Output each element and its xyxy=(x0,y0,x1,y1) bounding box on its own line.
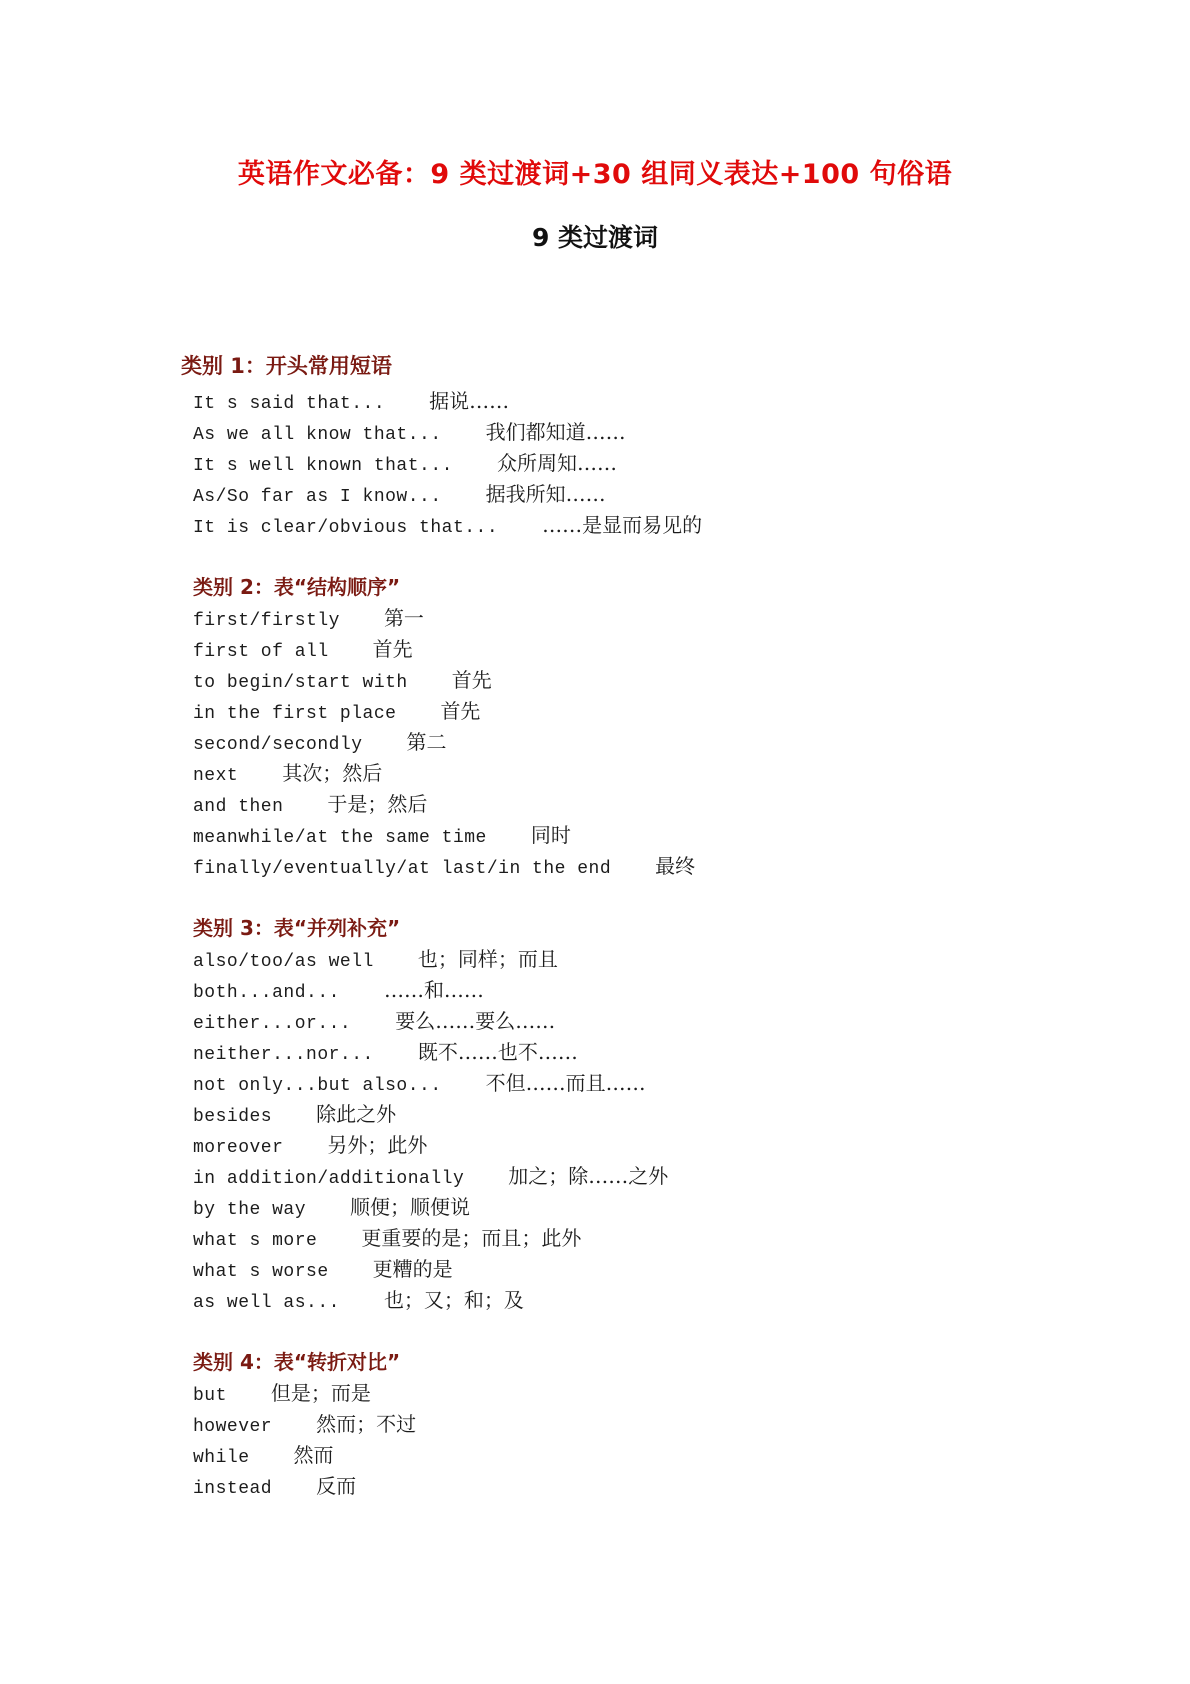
category-2-section: 类别 2：表“结构顺序” first/firstly第一 first of al… xyxy=(193,572,1093,882)
phrase-row: by the way顺便；顺便说 xyxy=(193,1192,1093,1223)
phrase-row: moreover另外；此外 xyxy=(193,1130,1093,1161)
category-heading: 类别 1：开头常用短语 xyxy=(181,346,1093,386)
english-phrase: first of all xyxy=(193,642,329,662)
chinese-meaning: ……是显而易见的 xyxy=(542,513,702,537)
english-phrase: meanwhile/at the same time xyxy=(193,828,487,848)
chinese-meaning: 既不……也不…… xyxy=(418,1040,578,1064)
category-heading: 类别 3：表“并列补充” xyxy=(193,913,1093,944)
category-heading: 类别 4：表“转折对比” xyxy=(193,1347,1093,1378)
chinese-meaning: 其次；然后 xyxy=(282,761,382,785)
chinese-meaning: 不但……而且…… xyxy=(486,1071,646,1095)
chinese-meaning: 更重要的是；而且；此外 xyxy=(361,1226,581,1250)
category-heading: 类别 2：表“结构顺序” xyxy=(193,572,1093,603)
chinese-meaning: 顺便；顺便说 xyxy=(350,1195,470,1219)
chinese-meaning: 于是；然后 xyxy=(327,792,427,816)
spacer xyxy=(193,1316,1093,1347)
chinese-meaning: 反而 xyxy=(316,1474,356,1498)
chinese-meaning: 首先 xyxy=(373,637,413,661)
english-phrase: what s worse xyxy=(193,1262,329,1282)
chinese-meaning: 第二 xyxy=(407,730,447,754)
chinese-meaning: 也；同样；而且 xyxy=(418,947,558,971)
chinese-meaning: 同时 xyxy=(531,823,571,847)
english-phrase: second/secondly xyxy=(193,735,363,755)
english-phrase: It s said that... xyxy=(193,394,385,414)
phrase-row: in the first place首先 xyxy=(193,696,1093,727)
chinese-meaning: 除此之外 xyxy=(316,1102,396,1126)
category-1-section: 类别 1：开头常用短语 It s said that...据说…… As we … xyxy=(193,346,1093,541)
english-phrase: It is clear/obvious that... xyxy=(193,518,498,538)
phrase-row: and then于是；然后 xyxy=(193,789,1093,820)
chinese-meaning: 另外；此外 xyxy=(327,1133,427,1157)
section-subtitle: 9 类过渡词 xyxy=(0,218,1190,254)
english-phrase: moreover xyxy=(193,1138,283,1158)
english-phrase: instead xyxy=(193,1479,272,1499)
phrase-row: It is clear/obvious that...……是显而易见的 xyxy=(193,510,1093,541)
english-phrase: It s well known that... xyxy=(193,456,453,476)
english-phrase: and then xyxy=(193,797,283,817)
phrase-row: however然而；不过 xyxy=(193,1409,1093,1440)
english-phrase: besides xyxy=(193,1107,272,1127)
phrase-row: As/So far as I know...据我所知…… xyxy=(193,479,1093,510)
chinese-meaning: 我们都知道…… xyxy=(486,420,626,444)
english-phrase: what s more xyxy=(193,1231,317,1251)
phrase-row: instead反而 xyxy=(193,1471,1093,1502)
english-phrase: first/firstly xyxy=(193,611,340,631)
phrase-row: as well as...也；又；和；及 xyxy=(193,1285,1093,1316)
chinese-meaning: 但是；而是 xyxy=(271,1381,371,1405)
phrase-row: It s said that...据说…… xyxy=(193,386,1093,417)
chinese-meaning: 然而 xyxy=(294,1443,334,1467)
document-body: 类别 1：开头常用短语 It s said that...据说…… As we … xyxy=(193,346,1093,1502)
english-phrase: either...or... xyxy=(193,1014,351,1034)
phrase-row: while然而 xyxy=(193,1440,1093,1471)
chinese-meaning: 要么……要么…… xyxy=(395,1009,555,1033)
english-phrase: while xyxy=(193,1448,250,1468)
spacer xyxy=(193,541,1093,572)
english-phrase: however xyxy=(193,1417,272,1437)
english-phrase: As we all know that... xyxy=(193,425,442,445)
document-title: 英语作文必备：9 类过渡词+30 组同义表达+100 句俗语 xyxy=(0,152,1190,191)
chinese-meaning: 首先 xyxy=(452,668,492,692)
chinese-meaning: 据我所知…… xyxy=(486,482,606,506)
english-phrase: finally/eventually/at last/in the end xyxy=(193,859,611,879)
phrase-row: what s worse更糟的是 xyxy=(193,1254,1093,1285)
chinese-meaning: 据说…… xyxy=(429,389,509,413)
english-phrase: also/too/as well xyxy=(193,952,374,972)
chinese-meaning: 也；又；和；及 xyxy=(384,1288,524,1312)
chinese-meaning: ……和…… xyxy=(384,978,484,1002)
phrase-row: not only...but also...不但……而且…… xyxy=(193,1068,1093,1099)
english-phrase: next xyxy=(193,766,238,786)
chinese-meaning: 最终 xyxy=(655,854,695,878)
phrase-row: first of all首先 xyxy=(193,634,1093,665)
chinese-meaning: 众所周知…… xyxy=(497,451,617,475)
phrase-row: what s more更重要的是；而且；此外 xyxy=(193,1223,1093,1254)
phrase-row: either...or...要么……要么…… xyxy=(193,1006,1093,1037)
chinese-meaning: 第一 xyxy=(384,606,424,630)
english-phrase: to begin/start with xyxy=(193,673,408,693)
english-phrase: in the first place xyxy=(193,704,396,724)
english-phrase: neither...nor... xyxy=(193,1045,374,1065)
chinese-meaning: 更糟的是 xyxy=(373,1257,453,1281)
phrase-row: in addition/additionally加之；除……之外 xyxy=(193,1161,1093,1192)
english-phrase: in addition/additionally xyxy=(193,1169,464,1189)
phrase-row: It s well known that...众所周知…… xyxy=(193,448,1093,479)
english-phrase: by the way xyxy=(193,1200,306,1220)
phrase-row: meanwhile/at the same time同时 xyxy=(193,820,1093,851)
phrase-row: first/firstly第一 xyxy=(193,603,1093,634)
phrase-row: also/too/as well也；同样；而且 xyxy=(193,944,1093,975)
phrase-row: finally/eventually/at last/in the end最终 xyxy=(193,851,1093,882)
category-3-section: 类别 3：表“并列补充” also/too/as well也；同样；而且 bot… xyxy=(193,913,1093,1316)
phrase-row: both...and...……和…… xyxy=(193,975,1093,1006)
english-phrase: but xyxy=(193,1386,227,1406)
phrase-row: neither...nor...既不……也不…… xyxy=(193,1037,1093,1068)
phrase-row: but但是；而是 xyxy=(193,1378,1093,1409)
english-phrase: not only...but also... xyxy=(193,1076,442,1096)
chinese-meaning: 加之；除……之外 xyxy=(508,1164,668,1188)
phrase-row: next其次；然后 xyxy=(193,758,1093,789)
english-phrase: As/So far as I know... xyxy=(193,487,442,507)
english-phrase: as well as... xyxy=(193,1293,340,1313)
phrase-row: besides除此之外 xyxy=(193,1099,1093,1130)
phrase-row: to begin/start with首先 xyxy=(193,665,1093,696)
chinese-meaning: 首先 xyxy=(440,699,480,723)
chinese-meaning: 然而；不过 xyxy=(316,1412,416,1436)
english-phrase: both...and... xyxy=(193,983,340,1003)
phrase-row: As we all know that...我们都知道…… xyxy=(193,417,1093,448)
category-4-section: 类别 4：表“转折对比” but但是；而是 however然而；不过 while… xyxy=(193,1347,1093,1502)
spacer xyxy=(193,882,1093,913)
phrase-row: second/secondly第二 xyxy=(193,727,1093,758)
